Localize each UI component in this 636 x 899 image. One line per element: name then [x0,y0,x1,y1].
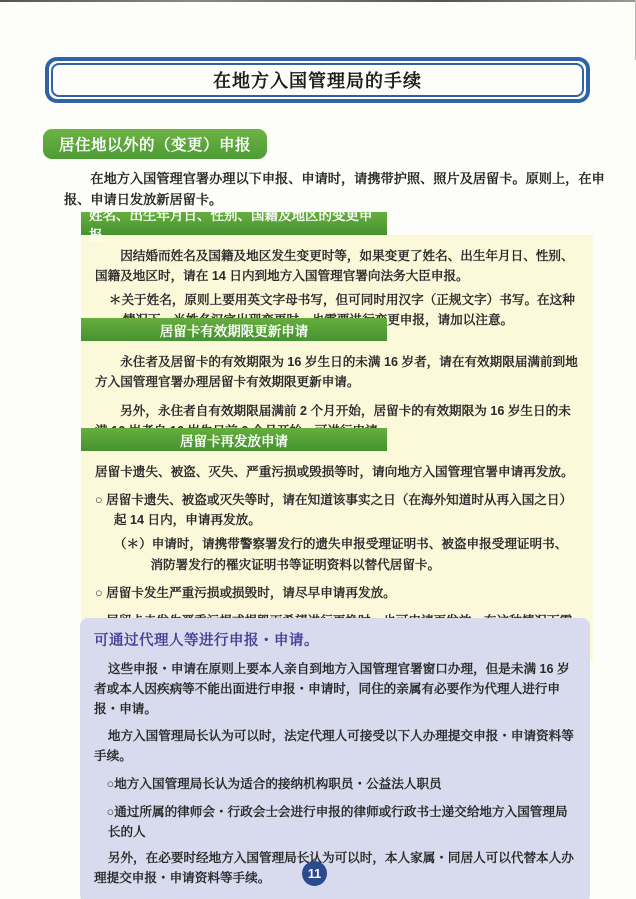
bullet-item: ○地方入国管理局长认为适合的接纳机构职员・公益法人职员 [94,774,574,794]
paragraph: 永住者及居留卡的有效期限为 16 岁生日的未满 16 岁者，请在有效期限届满前到… [95,352,579,392]
paragraph: 地方入国管理局长认为可以时，法定代理人可接受以下人办理提交申报・申请资料等手续。 [94,726,574,766]
section-heading-name-change: 姓名、出生年月日、性别、国籍及地区的变更申报 [81,212,387,235]
page-title-inner-border: 在地方入国管理局的手续 [51,63,584,97]
section-heading-card-reissue: 居留卡再发放申请 [81,428,387,451]
paragraph: 另外，在必要时经地方入国管理局长认为可以时，本人家属・同居人可以代替本人办理提交… [94,848,574,888]
paragraph: 居留卡遗失、被盗、灭失、严重污损或毁损等时，请向地方入国管理官署申请再发放。 [95,462,579,482]
main-section-header: 居住地以外的（变更）申报 [43,129,267,159]
page-title: 在地方入国管理局的手续 [213,67,422,93]
page-title-box: 在地方入国管理局的手续 [45,57,590,103]
paragraph: 这些申报・申请在原则上要本人亲自到地方入国管理官署窗口办理，但是未满 16 岁者… [94,659,574,719]
paragraph: 因结婚而姓名及国籍及地区发生变更时等，如果变更了姓名、出生年月日、性别、国籍及地… [95,246,579,286]
bullet-item: ○ 居留卡遗失、被盗或灭失等时，请在知道该事实之日（在海外知道时从再入国之日）起… [95,490,579,530]
bullet-item: ○ 居留卡发生严重污损或损毁时，请尽早申请再发放。 [95,583,579,603]
bullet-item: ○通过所属的律师会・行政会士会进行申报的律师或行政书士递交给地方入国管理局长的人 [94,802,574,842]
proxy-application-box: 可通过代理人等进行申报・申请。 这些申报・申请在原则上要本人亲自到地方入国管理官… [80,618,590,899]
note-paragraph: （＊）申请时，请携带警察署发行的遗失申报受理证明书、被盗申报受理证明书、消防署发… [95,534,579,574]
scan-artifact-top-edge [0,0,636,2]
page-number-badge: 11 [302,861,327,886]
proxy-box-title: 可通过代理人等进行申报・申请。 [94,630,574,653]
page-number: 11 [308,867,321,881]
section-heading-card-renewal: 居留卡有效期限更新申请 [81,318,387,341]
